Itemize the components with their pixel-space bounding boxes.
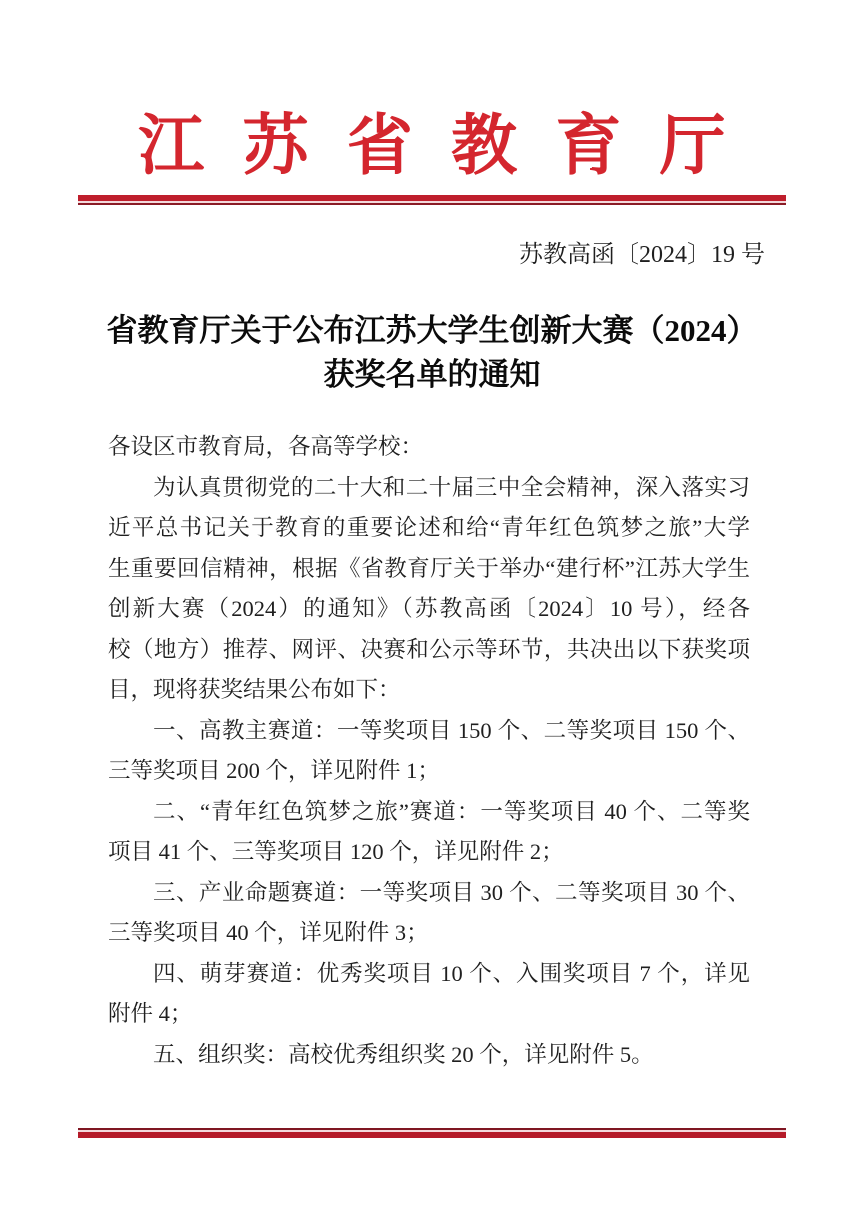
body-line: 生重要回信精神，根据《省教育厅关于举办“建行杯”江苏大学生 [108,549,750,590]
body-line: 一、高教主赛道：一等奖项目 150 个、二等奖项目 150 个、 [108,711,750,752]
body-line: 附件 4； [108,994,750,1035]
document-title: 省教育厅关于公布江苏大学生创新大赛（2024） 获奖名单的通知 [0,309,864,397]
body-line: 校（地方）推荐、网评、决赛和公示等环节，共决出以下获奖项 [108,630,750,671]
body-line: 二、“青年红色筑梦之旅”赛道：一等奖项目 40 个、二等奖 [108,792,750,833]
document-body: 各设区市教育局，各高等学校：为认真贯彻党的二十大和二十届三中全会精神，深入落实习… [108,427,750,1075]
body-line: 五、组织奖：高校优秀组织奖 20 个，详见附件 5。 [108,1035,750,1076]
body-line: 三、产业命题赛道：一等奖项目 30 个、二等奖项目 30 个、 [108,873,750,914]
title-line-2: 获奖名单的通知 [0,353,864,397]
body-line: 近平总书记关于教育的重要论述和给“青年红色筑梦之旅”大学 [108,508,750,549]
body-line: 三等奖项目 40 个，详见附件 3； [108,913,750,954]
body-line: 目，现将获奖结果公布如下： [108,670,750,711]
body-line: 各设区市教育局，各高等学校： [108,427,750,468]
body-line: 三等奖项目 200 个，详见附件 1； [108,751,750,792]
title-line-1: 省教育厅关于公布江苏大学生创新大赛（2024） [0,309,864,353]
body-line: 项目 41 个、三等奖项目 120 个，详见附件 2； [108,832,750,873]
footer-divider [78,1128,786,1138]
footer-divider-thick-line [78,1132,786,1138]
agency-name: 江苏省教育厅 [0,112,864,182]
body-line: 为认真贯彻党的二十大和二十届三中全会精神，深入落实习 [108,468,750,509]
body-line: 创新大赛（2024）的通知》（苏教高函〔2024〕10 号），经各 [108,589,750,630]
header-divider-thin-line [78,203,786,205]
doc-number: 苏教高函〔2024〕19 号 [108,240,765,270]
document-page: 江苏省教育厅 苏教高函〔2024〕19 号 省教育厅关于公布江苏大学生创新大赛（… [0,0,864,1222]
header-divider [78,195,786,205]
body-line: 四、萌芽赛道：优秀奖项目 10 个、入围奖项目 7 个，详见 [108,954,750,995]
